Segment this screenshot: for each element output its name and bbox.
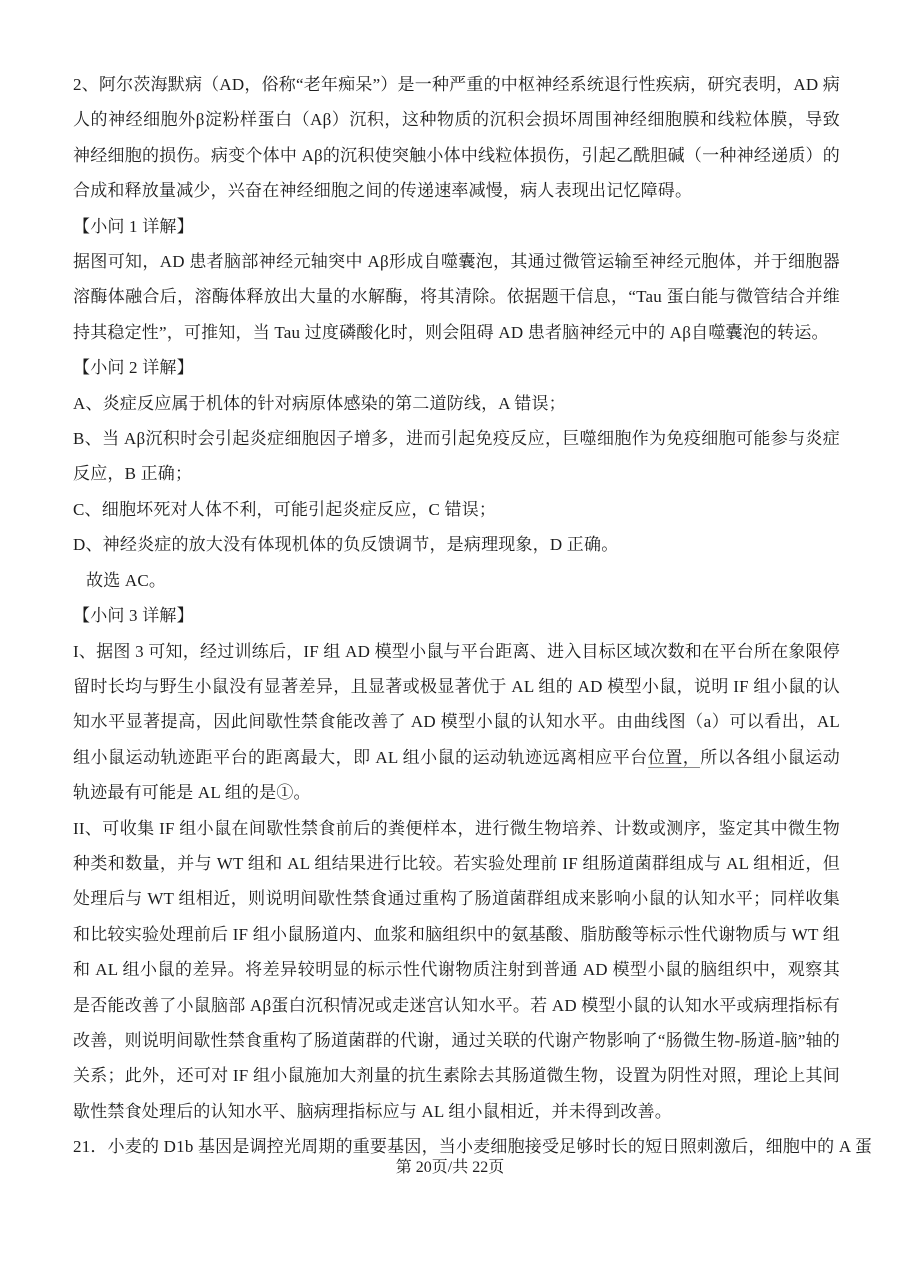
paragraph: II、可收集 IF 组小鼠在间歇性禁食前后的粪便样本，进行微生物培养、计数或测序… (73, 811, 840, 1130)
document-page: 2、阿尔茨海默病（AD，俗称“老年痴呆”）是一种严重的中枢神经系统退行性疾病，研… (0, 0, 900, 1273)
paragraph: 据图可知，AD 患者脑部神经元轴突中 Aβ形成自噬囊泡，其通过微管运输至神经元胞… (73, 244, 840, 350)
text-run: A、炎症反应属于机体的针对病原体感染的第二道防线，A 错误； (73, 394, 566, 413)
text-run: 据图可知，AD 患者脑部神经元轴突中 Aβ形成自噬囊泡，其通过微管运输至神经元胞… (73, 252, 840, 342)
paragraph: B、当 Aβ沉积时会引起炎症细胞因子增多，进而引起免疫反应，巨噬细胞作为免疫细胞… (73, 421, 840, 492)
page-number: 第 20页/共 22页 (396, 1159, 504, 1176)
underlined-text: 位置， (648, 748, 701, 768)
paragraph: 2、阿尔茨海默病（AD，俗称“老年痴呆”）是一种严重的中枢神经系统退行性疾病，研… (73, 67, 840, 209)
text-run: 故选 AC。 (86, 571, 166, 590)
page-footer: 第 20页/共 22页 (0, 1156, 900, 1180)
paragraph: I、据图 3 可知，经过训练后，IF 组 AD 模型小鼠与平台距离、进入目标区域… (73, 634, 840, 811)
text-run: C、细胞坏死对人体不利，可能引起炎症反应，C 错误； (73, 500, 496, 519)
paragraph: 故选 AC。 (73, 563, 840, 598)
section-heading: 【小问 2 详解】 (73, 350, 840, 385)
paragraph: A、炎症反应属于机体的针对病原体感染的第二道防线，A 错误； (73, 386, 840, 421)
paragraph: D、神经炎症的放大没有体现机体的负反馈调节，是病理现象，D 正确。 (73, 527, 840, 562)
text-run: 2、阿尔茨海默病（AD，俗称“老年痴呆”）是一种严重的中枢神经系统退行性疾病，研… (73, 75, 840, 200)
text-run: D、神经炎症的放大没有体现机体的负反馈调节，是病理现象，D 正确。 (73, 535, 618, 554)
paragraph: C、细胞坏死对人体不利，可能引起炎症反应，C 错误； (73, 492, 840, 527)
section-heading: 【小问 3 详解】 (73, 598, 840, 633)
section-heading: 【小问 1 详解】 (73, 209, 840, 244)
text-run: 21．小麦的 D1b 基因是调控光周期的重要基因，当小麦细胞接受足够时长的短日照… (73, 1137, 872, 1156)
document-body: 2、阿尔茨海默病（AD，俗称“老年痴呆”）是一种严重的中枢神经系统退行性疾病，研… (73, 67, 840, 1165)
text-run: B、当 Aβ沉积时会引起炎症细胞因子增多，进而引起免疫反应，巨噬细胞作为免疫细胞… (73, 429, 840, 483)
text-run: 【小问 1 详解】 (73, 217, 194, 236)
text-run: 【小问 3 详解】 (73, 606, 194, 625)
text-run: 【小问 2 详解】 (73, 358, 194, 377)
text-run: II、可收集 IF 组小鼠在间歇性禁食前后的粪便样本，进行微生物培养、计数或测序… (73, 819, 840, 1121)
